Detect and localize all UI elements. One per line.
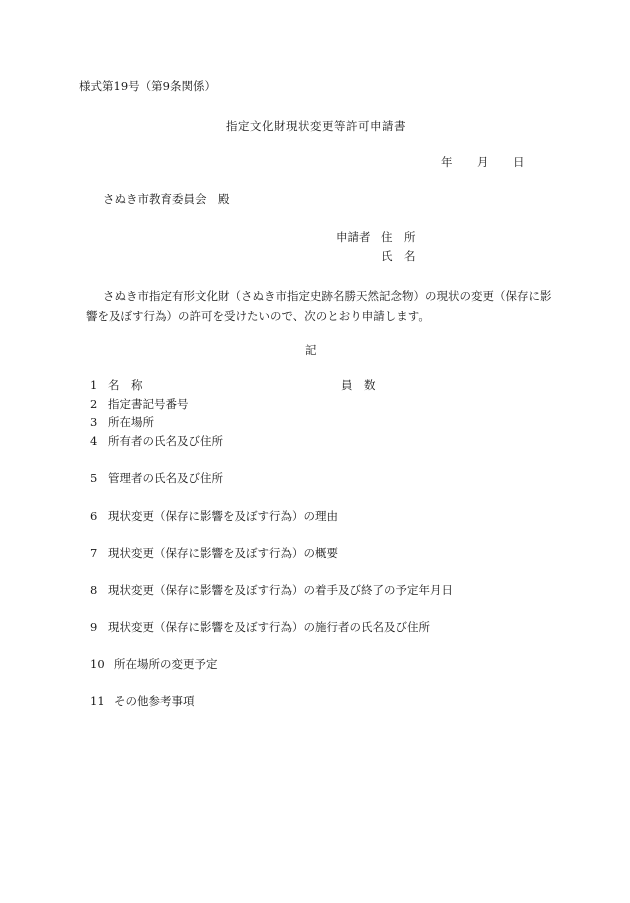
item-number: 7	[90, 548, 108, 560]
item-number: 8	[90, 585, 108, 597]
item-label: その他参考事項	[114, 694, 195, 708]
item-label: 現状変更（保存に影響を及ぼす行為）の施行者の氏名及び住所	[108, 620, 430, 634]
item-number: 1	[90, 380, 108, 392]
item-label: 所在場所	[108, 415, 154, 429]
list-item: 7現状変更（保存に影響を及ぼす行為）の概要	[90, 548, 338, 560]
ki-heading: 記	[305, 345, 317, 357]
list-item: 1名 称	[90, 380, 143, 392]
list-item: 8現状変更（保存に影響を及ぼす行為）の着手及び終了の予定年月日	[90, 585, 453, 597]
members-count-label: 員 数	[341, 380, 376, 392]
item-number: 11	[90, 696, 114, 708]
item-label: 指定書記号番号	[108, 397, 189, 411]
list-item: 9現状変更（保存に影響を及ぼす行為）の施行者の氏名及び住所	[90, 622, 430, 634]
item-label: 所在場所の変更予定	[114, 657, 218, 671]
application-statement: さぬき市指定有形文化財（さぬき市指定史跡名勝天然記念物）の現状の変更（保存に影響…	[86, 286, 556, 326]
applicant-address-label: 住 所	[381, 232, 416, 244]
item-number: 2	[90, 399, 108, 411]
item-label: 現状変更（保存に影響を及ぼす行為）の概要	[108, 546, 338, 560]
list-item: 10所在場所の変更予定	[90, 659, 218, 671]
date-year-label: 年	[441, 157, 453, 169]
list-item: 11その他参考事項	[90, 696, 195, 708]
item-label: 管理者の氏名及び住所	[108, 471, 223, 485]
item-label: 現状変更（保存に影響を及ぼす行為）の理由	[108, 509, 338, 523]
list-item: 5管理者の氏名及び住所	[90, 473, 223, 485]
list-item: 4所有者の氏名及び住所	[90, 436, 223, 448]
item-number: 5	[90, 473, 108, 485]
item-label: 現状変更（保存に影響を及ぼす行為）の着手及び終了の予定年月日	[108, 583, 453, 597]
applicant-label: 申請者	[336, 232, 371, 244]
list-item: 2指定書記号番号	[90, 399, 189, 411]
applicant-name-label: 氏 名	[381, 251, 416, 263]
item-number: 10	[90, 659, 114, 671]
item-label: 所有者の氏名及び住所	[108, 434, 223, 448]
document-title: 指定文化財現状変更等許可申請書	[226, 121, 406, 133]
form-number: 様式第19号（第9条関係）	[79, 81, 216, 93]
list-item: 6現状変更（保存に影響を及ぼす行為）の理由	[90, 511, 338, 523]
date-month-label: 月	[477, 157, 489, 169]
recipient: さぬき市教育委員会 殿	[103, 194, 230, 206]
item-number: 3	[90, 417, 108, 429]
item-label: 名 称	[108, 378, 143, 392]
item-number: 9	[90, 622, 108, 634]
item-number: 4	[90, 436, 108, 448]
item-number: 6	[90, 511, 108, 523]
list-item: 3所在場所	[90, 417, 154, 429]
date-day-label: 日	[513, 157, 525, 169]
